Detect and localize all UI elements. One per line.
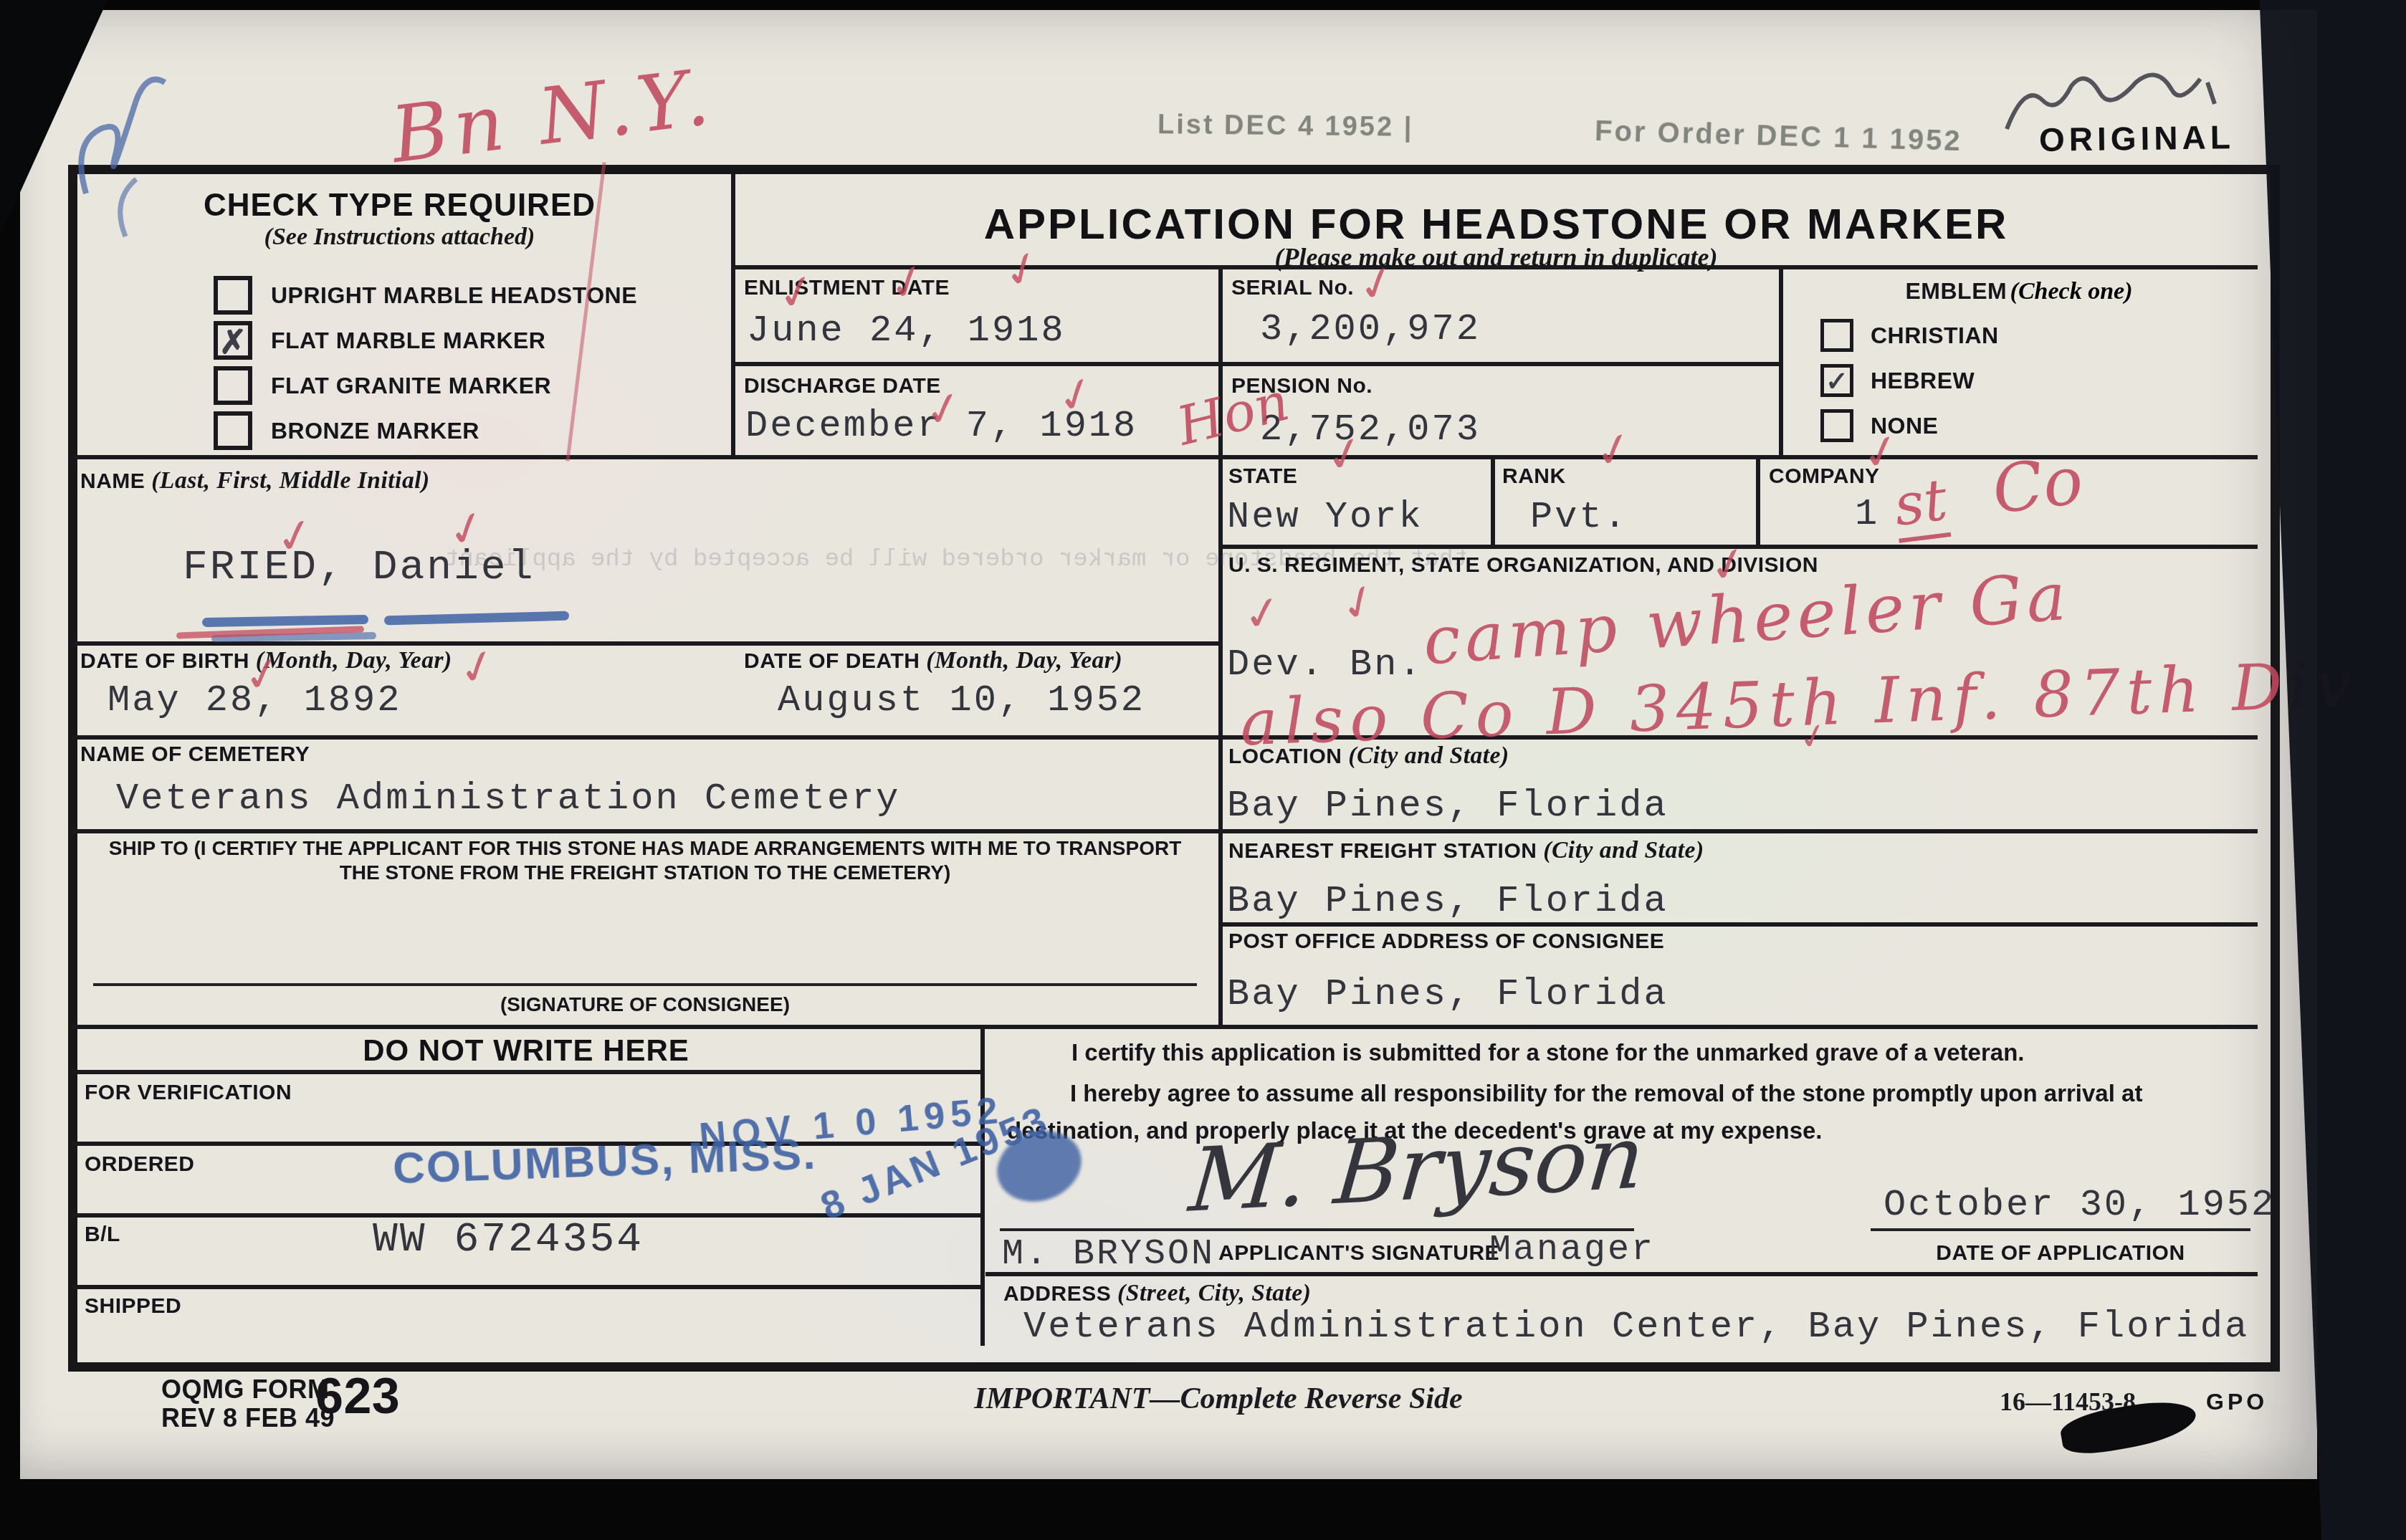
- bl-label: B/L: [85, 1223, 120, 1247]
- checkbox-upright-marble-headstone: UPRIGHT MARBLE HEADSTONE: [214, 276, 637, 315]
- do-not-write-title: DO NOT WRITE HERE: [72, 1033, 980, 1068]
- checkbox-label: CHRISTIAN: [1871, 322, 1999, 349]
- checkbox-flat-marble-marker: ✗ FLAT MARBLE MARKER: [214, 321, 545, 360]
- form-revision: REV 8 FEB 49: [161, 1403, 335, 1433]
- name-label-main: NAME: [80, 469, 145, 493]
- grid-line: [72, 1070, 982, 1074]
- checkbox-christian: CHRISTIAN: [1820, 319, 1999, 352]
- state-value: New York: [1227, 496, 1423, 538]
- regiment-value: Dev. Bn.: [1227, 644, 1423, 686]
- checkbox-label: UPRIGHT MARBLE HEADSTONE: [271, 282, 637, 309]
- company-label: COMPANY: [1769, 464, 1880, 489]
- cemetery-label: NAME OF CEMETERY: [80, 742, 310, 767]
- emblem-title: EMBLEM (Check one): [1779, 278, 2259, 305]
- company-hand-st: st: [1891, 467, 1952, 543]
- checkbox-icon: [214, 411, 252, 450]
- ship-to-label-line2: THE STONE FROM THE FREIGHT STATION TO TH…: [72, 861, 1218, 884]
- applicant-signature-label: APPLICANT'S SIGNATURE: [1218, 1241, 1499, 1266]
- pencil-scribble-icon: [57, 57, 244, 258]
- consignee-signature-caption: (SIGNATURE OF CONSIGNEE): [72, 993, 1218, 1016]
- rank-label: RANK: [1502, 464, 1566, 489]
- ship-to-label-line1: SHIP TO (I CERTIFY THE APPLICANT FOR THI…: [72, 837, 1218, 860]
- dob-label-detail: (Month, Day, Year): [256, 647, 452, 674]
- cemetery-value: Veterans Administration Cemetery: [116, 778, 901, 820]
- date-rule: [1871, 1228, 2250, 1231]
- po-address-label: POST OFFICE ADDRESS OF CONSIGNEE: [1228, 929, 1664, 954]
- grid-line: [1218, 267, 1223, 1027]
- grid-line: [1756, 457, 1760, 547]
- name-label-detail: (Last, First, Middle Initial): [151, 467, 430, 494]
- checkbox-icon: ✓: [1820, 364, 1853, 397]
- address-label-main: ADDRESS: [1003, 1282, 1111, 1306]
- grid-line: [1218, 922, 2258, 927]
- scanned-form-page: Bn N.Y. List DEC 4 1952 | For Order DEC …: [0, 0, 2406, 1540]
- dod-label-detail: (Month, Day, Year): [926, 647, 1122, 674]
- checkbox-label: FLAT MARBLE MARKER: [271, 327, 545, 354]
- form-title: APPLICATION FOR HEADSTONE OR MARKER: [731, 199, 2261, 249]
- freight-label-detail: (City and State): [1543, 837, 1704, 864]
- grid-line: [72, 1025, 2258, 1029]
- checkbox-icon: [214, 366, 252, 405]
- form-subtitle: (Please make out and return in duplicate…: [731, 242, 2261, 272]
- shipped-label: SHIPPED: [85, 1294, 181, 1319]
- checkbox-icon: ✗: [214, 321, 252, 360]
- serial-number-value: 3,200,972: [1260, 308, 1481, 350]
- freight-station-label: NEAREST FREIGHT STATION (City and State): [1228, 837, 1704, 864]
- form-name: OQMG FORM: [161, 1374, 329, 1405]
- emblem-title-detail: (Check one): [2010, 278, 2133, 305]
- checkbox-label: FLAT GRANITE MARKER: [271, 373, 551, 399]
- important-note: IMPORTANT—Complete Reverse Side: [860, 1382, 1577, 1416]
- date-of-death-label: DATE OF DEATH (Month, Day, Year): [744, 647, 1122, 674]
- grid-line: [980, 1027, 985, 1346]
- address-label: ADDRESS (Street, City, State): [1003, 1280, 1311, 1307]
- checkbox-label: HEBREW: [1871, 368, 1975, 394]
- ordered-label: ORDERED: [85, 1152, 195, 1177]
- freight-station-value: Bay Pines, Florida: [1227, 880, 1669, 922]
- po-address-value: Bay Pines, Florida: [1227, 973, 1669, 1015]
- for-verification-label: FOR VERIFICATION: [85, 1081, 292, 1105]
- rank-value: Pvt.: [1530, 496, 1628, 538]
- grid-line: [72, 641, 1222, 646]
- dob-label-main: DATE OF BIRTH: [80, 649, 249, 673]
- company-hand-co: Co: [1988, 441, 2087, 529]
- checkbox-icon: [214, 276, 252, 315]
- address-label-detail: (Street, City, State): [1117, 1280, 1311, 1306]
- address-value: Veterans Administration Center, Bay Pine…: [1023, 1306, 2249, 1348]
- bl-value: WW 6724354: [373, 1217, 644, 1263]
- company-value: 1: [1855, 493, 1879, 535]
- grid-line: [1491, 457, 1495, 547]
- consignee-signature-rule: [93, 983, 1197, 986]
- discharge-date-label: DISCHARGE DATE: [744, 374, 941, 398]
- checkbox-mark: ✓: [1825, 368, 1848, 396]
- grid-line: [72, 1285, 982, 1289]
- grid-line: [72, 829, 2258, 833]
- applicant-name-typed: M. BRYSON: [1002, 1234, 1215, 1275]
- form-number: 623: [315, 1367, 400, 1425]
- grid-line: [72, 455, 2258, 459]
- dod-label-main: DATE OF DEATH: [744, 649, 920, 673]
- received-list-stamp: List DEC 4 1952 |: [1157, 110, 1414, 143]
- applicant-title-typed: Manager: [1489, 1230, 1655, 1271]
- grid-line: [731, 362, 1779, 366]
- certification-line1: I certify this application is submitted …: [1071, 1039, 2024, 1066]
- checkbox-flat-granite-marker: FLAT GRANITE MARKER: [214, 366, 551, 405]
- name-label: NAME (Last, First, Middle Initial): [80, 467, 430, 494]
- checkbox-hebrew: ✓ HEBREW: [1820, 364, 1975, 397]
- checkbox-bronze-marker: BRONZE MARKER: [214, 411, 479, 450]
- date-of-death-value: August 10, 1952: [778, 679, 1145, 722]
- checkbox-mark: ✗: [219, 325, 247, 358]
- emblem-title-main: EMBLEM: [1905, 278, 2007, 304]
- application-date-label: DATE OF APPLICATION: [1871, 1241, 2250, 1266]
- pen-scribble-icon: [1992, 61, 2236, 154]
- application-date-value: October 30, 1952: [1884, 1184, 2276, 1226]
- grid-line: [72, 735, 2258, 740]
- gpo-label: GPO: [2206, 1389, 2268, 1415]
- location-value: Bay Pines, Florida: [1227, 785, 1669, 827]
- serial-number-label: SERIAL No.: [1231, 276, 1354, 300]
- checkbox-icon: [1820, 319, 1853, 352]
- freight-label-main: NEAREST FREIGHT STATION: [1228, 839, 1537, 863]
- state-label: STATE: [1228, 464, 1297, 489]
- checkbox-icon: [1820, 409, 1853, 442]
- checkbox-label: BRONZE MARKER: [271, 418, 479, 444]
